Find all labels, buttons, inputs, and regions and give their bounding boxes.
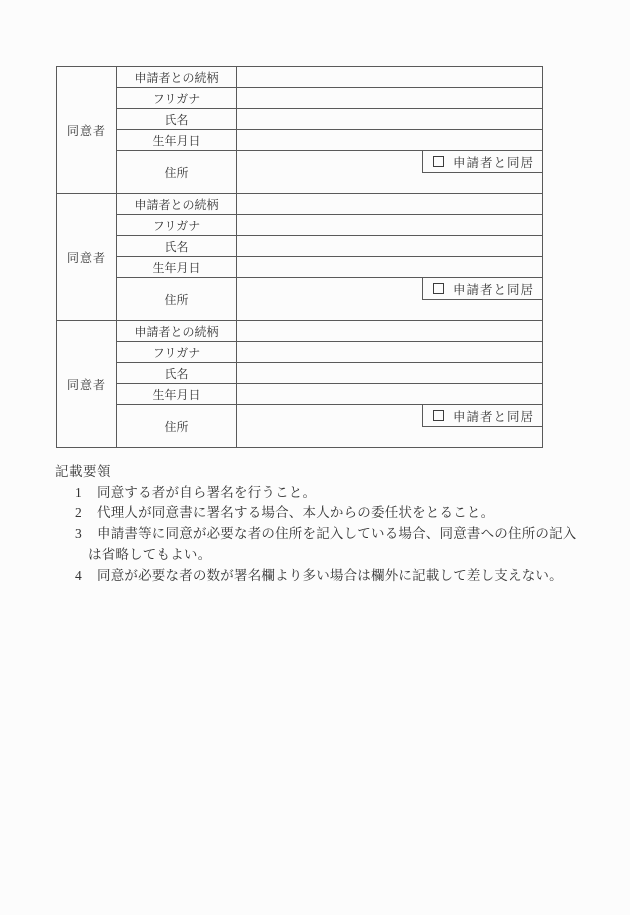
relationship-value-cell[interactable] xyxy=(237,67,542,88)
checkbox-icon[interactable] xyxy=(433,156,444,167)
consenter-block: 同意者 申請者との続柄 フリガナ 氏名 生年月日 住所 申請者と同居 xyxy=(57,193,542,320)
relationship-value-cell[interactable] xyxy=(237,321,542,342)
relationship-value-cell[interactable] xyxy=(237,194,542,215)
address-value-cell[interactable]: 申請者と同居 xyxy=(237,151,542,193)
instruction-number: 1 xyxy=(75,483,88,504)
birthdate-value-cell[interactable] xyxy=(237,257,542,278)
row-label-address: 住所 xyxy=(117,405,237,447)
instruction-number: 3 xyxy=(75,524,88,565)
instructions-heading: 記載要領 xyxy=(55,462,580,483)
consenter-group-label: 同意者 xyxy=(57,321,117,447)
instruction-item-2: 2 代理人が同意書に署名する場合、本人からの委任状をとること。 xyxy=(55,503,580,524)
name-value-cell[interactable] xyxy=(237,109,542,130)
consenter-group-label: 同意者 xyxy=(57,67,117,193)
address-value-cell[interactable]: 申請者と同居 xyxy=(237,405,542,447)
name-value-cell[interactable] xyxy=(237,363,542,384)
row-label-relationship: 申請者との続柄 xyxy=(117,194,237,215)
furigana-value-cell[interactable] xyxy=(237,215,542,236)
row-label-birthdate: 生年月日 xyxy=(117,257,237,278)
row-label-furigana: フリガナ xyxy=(117,342,237,363)
row-label-birthdate: 生年月日 xyxy=(117,130,237,151)
cohabit-checkbox-label: 申請者と同居 xyxy=(453,153,534,171)
cohabit-checkbox-label: 申請者と同居 xyxy=(453,280,534,298)
instruction-item-4: 4 同意が必要な者の数が署名欄より多い場合は欄外に記載して差し支えない。 xyxy=(55,566,580,587)
row-label-name: 氏名 xyxy=(117,109,237,130)
row-label-name: 氏名 xyxy=(117,236,237,257)
instruction-text: 代理人が同意書に署名する場合、本人からの委任状をとること。 xyxy=(88,503,578,524)
instruction-text: 申請書等に同意が必要な者の住所を記入している場合、同意書への住所の記入は省略して… xyxy=(88,524,578,565)
consenter-block: 同意者 申請者との続柄 フリガナ 氏名 生年月日 住所 申請者と同居 xyxy=(57,320,542,447)
birthdate-value-cell[interactable] xyxy=(237,130,542,151)
address-value-cell[interactable]: 申請者と同居 xyxy=(237,278,542,320)
row-label-address: 住所 xyxy=(117,151,237,193)
row-label-relationship: 申請者との続柄 xyxy=(117,67,237,88)
instructions-section: 記載要領 1 同意する者が自ら署名を行うこと。 2 代理人が同意書に署名する場合… xyxy=(55,462,580,586)
row-label-furigana: フリガナ xyxy=(117,215,237,236)
name-value-cell[interactable] xyxy=(237,236,542,257)
cohabit-checkbox[interactable]: 申請者と同居 xyxy=(422,277,543,300)
row-label-furigana: フリガナ xyxy=(117,88,237,109)
instruction-number: 4 xyxy=(75,566,88,587)
consent-table: 同意者 申請者との続柄 フリガナ 氏名 生年月日 住所 申請者と同居 同意者 申… xyxy=(56,66,543,448)
instruction-text: 同意する者が自ら署名を行うこと。 xyxy=(88,483,578,504)
document-page: 同意者 申請者との続柄 フリガナ 氏名 生年月日 住所 申請者と同居 同意者 申… xyxy=(0,0,630,915)
consenter-block: 同意者 申請者との続柄 フリガナ 氏名 生年月日 住所 申請者と同居 xyxy=(57,67,542,193)
instruction-item-1: 1 同意する者が自ら署名を行うこと。 xyxy=(55,483,580,504)
row-label-address: 住所 xyxy=(117,278,237,320)
instruction-number: 2 xyxy=(75,503,88,524)
birthdate-value-cell[interactable] xyxy=(237,384,542,405)
row-label-relationship: 申請者との続柄 xyxy=(117,321,237,342)
furigana-value-cell[interactable] xyxy=(237,88,542,109)
row-label-birthdate: 生年月日 xyxy=(117,384,237,405)
checkbox-icon[interactable] xyxy=(433,410,444,421)
checkbox-icon[interactable] xyxy=(433,283,444,294)
cohabit-checkbox[interactable]: 申請者と同居 xyxy=(422,404,543,427)
instruction-text: 同意が必要な者の数が署名欄より多い場合は欄外に記載して差し支えない。 xyxy=(88,566,578,587)
instruction-item-3: 3 申請書等に同意が必要な者の住所を記入している場合、同意書への住所の記入は省略… xyxy=(55,524,580,565)
furigana-value-cell[interactable] xyxy=(237,342,542,363)
row-label-name: 氏名 xyxy=(117,363,237,384)
consenter-group-label: 同意者 xyxy=(57,194,117,320)
cohabit-checkbox[interactable]: 申請者と同居 xyxy=(422,150,543,173)
cohabit-checkbox-label: 申請者と同居 xyxy=(453,407,534,425)
